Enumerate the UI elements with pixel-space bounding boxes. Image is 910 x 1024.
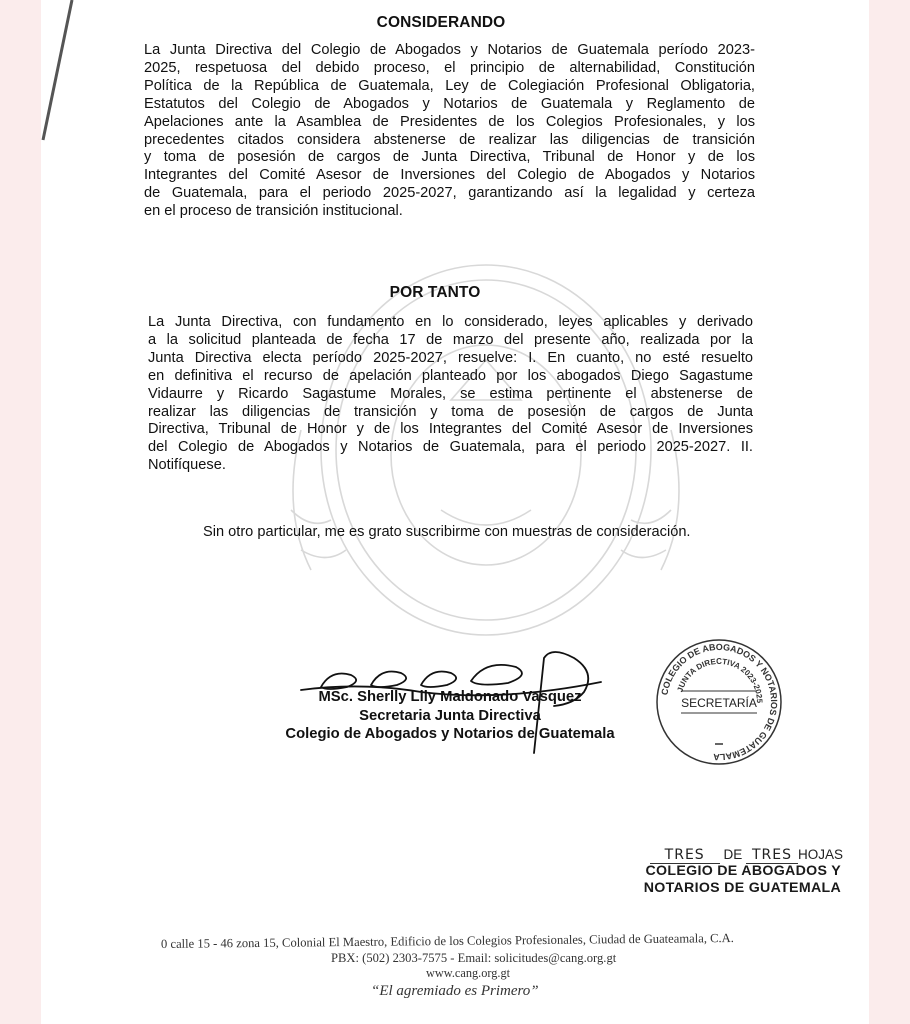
paragraph-line: Directiva, Tribunal de Honor y de los In…	[148, 421, 753, 439]
paragraph-line: del Colegio de Abogados y Notarios de Gu…	[148, 439, 753, 457]
paragraph-line: y toma de posesión de cargos de Junta Di…	[144, 149, 755, 167]
heading-considerando: CONSIDERANDO	[27, 14, 855, 32]
paragraph-line: 2025, respetuosa del debido proceso, el …	[144, 60, 755, 78]
paragraph-line: de Guatemala, para el periodo 2025-2027,…	[144, 185, 755, 203]
handwritten-total-pages: TRES	[746, 848, 798, 864]
org-stamp-line-2: NOTARIOS DE GUATEMALA	[601, 880, 841, 897]
por-tanto-paragraph: La Junta Directiva, con fundamento en lo…	[148, 314, 753, 475]
closing-sentence: Sin otro particular, me es grato suscrib…	[203, 524, 691, 540]
paragraph-line: a la solicitud planteada de fecha 17 de …	[148, 332, 753, 350]
paragraph-line: La Junta Directiva del Colegio de Abogad…	[144, 42, 755, 60]
footer-website: www.cang.org.gt	[426, 966, 510, 981]
heading-por-tanto: POR TANTO	[21, 284, 849, 302]
paragraph-line: Política de la República de Guatemala, L…	[144, 78, 755, 96]
paragraph-line: Vidaurre y Ricardo Sagastume Morales, se…	[148, 386, 753, 404]
document-page: CONSIDERANDO La Junta Directiva del Cole…	[41, 0, 869, 1024]
signatory-title: Secretaria Junta Directiva	[270, 707, 630, 726]
paragraph-line: Junta Directiva electa período 2025-2027…	[148, 350, 753, 368]
stamp-center-text: SECRETARÍA	[681, 695, 757, 710]
considerando-paragraph: La Junta Directiva del Colegio de Abogad…	[144, 42, 755, 221]
paragraph-line: en el proceso de transición instituciona…	[144, 203, 755, 221]
paragraph-line: Notifíquese.	[148, 457, 753, 475]
signature-block: MSc. Sherlly Lily Maldonado Vasquez Secr…	[270, 688, 630, 744]
paragraph-line: Integrantes del Comité Asesor de Inversi…	[144, 167, 755, 185]
signatory-organization: Colegio de Abogados y Notarios de Guatem…	[230, 725, 670, 744]
paragraph-line: La Junta Directiva, con fundamento en lo…	[148, 314, 753, 332]
signatory-name: MSc. Sherlly Lily Maldonado Vasquez	[270, 688, 630, 707]
secretaria-stamp-icon: COLEGIO DE ABOGADOS Y NOTARIOS DE GUATEM…	[653, 636, 785, 768]
org-stamp-line-1: COLEGIO DE ABOGADOS Y	[601, 863, 841, 880]
footer-motto: “El agremiado es Primero”	[371, 983, 539, 1000]
de-label: DE	[723, 847, 742, 862]
handwritten-current-page: TRES	[650, 848, 720, 864]
paper-fold-shadow	[40, 0, 80, 150]
page-count-line: TRES DE TRESHOJAS	[603, 847, 843, 864]
paragraph-line: en definitiva el recurso de apelación pl…	[148, 368, 753, 386]
paragraph-line: precedentes citados considera abstenerse…	[144, 132, 755, 150]
footer-contact: PBX: (502) 2303-7575 - Email: solicitude…	[331, 951, 616, 966]
paragraph-line: realizar las diligencias de transición y…	[148, 404, 753, 422]
organization-stamp-text: COLEGIO DE ABOGADOS Y NOTARIOS DE GUATEM…	[601, 863, 841, 897]
paragraph-line: Estatutos del Colegio de Abogados y Nota…	[144, 96, 755, 114]
footer-address: 0 calle 15 - 46 zona 15, Colonial El Mae…	[161, 931, 734, 952]
hojas-label: HOJAS	[798, 847, 843, 862]
paragraph-line: Apelaciones ante la Asamblea de Presiden…	[144, 114, 755, 132]
